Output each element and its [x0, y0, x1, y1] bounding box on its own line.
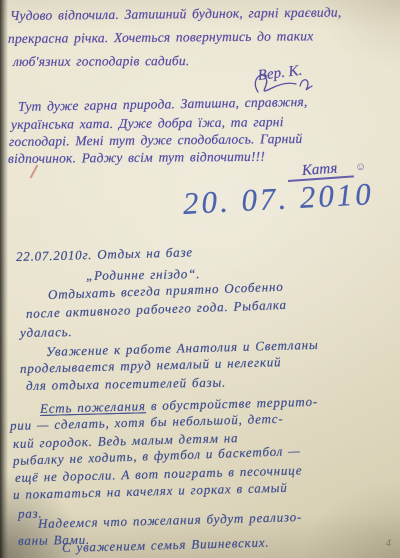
photo-of-guestbook-page: Чудово відпочила. Затишний будинок, гарн… — [0, 0, 400, 558]
entry1-line-3: люб'язних господарів садиби. — [13, 53, 189, 70]
page-number: 4 — [386, 538, 391, 549]
underlined-phrase: Есть пожелания — [40, 398, 146, 416]
entry2-line-1: Тут дуже гарна природа. Затишна, справжн… — [18, 94, 308, 115]
entry3-line-14: Надеемся что пожелания будут реализо- — [38, 509, 303, 532]
entry3-line-16: С уважением семья Вишневских. — [62, 535, 270, 556]
underlined-phrase-rest: в обустройстве террито- — [146, 394, 319, 414]
entry1-line-1: Чудово відпочила. Затишний будинок, гарн… — [10, 5, 342, 24]
entry3-line-6: для отдыха посетителей базы. — [26, 375, 226, 394]
entry2-line-4: відпочинок. Раджу всім тут відпочити!!! — [8, 149, 265, 167]
entry2-line-2: українська хата. Дуже добра їжа, та гарн… — [11, 114, 284, 133]
entry1-line-2: прекрасна річка. Хочеться повернутись до… — [8, 28, 314, 47]
smiley-icon: ☺ — [355, 161, 366, 173]
book-edge-shadow — [0, 0, 8, 558]
entry3-line-3: удалась. — [20, 324, 73, 341]
entry2-line-3: господарі. Мені тут дуже сподобалось. Га… — [9, 131, 303, 150]
entry3-date-line: 22.07.2010г. Отдых на базе — [16, 244, 193, 265]
entry-date-large: 20. 07. 2010 — [182, 176, 375, 222]
